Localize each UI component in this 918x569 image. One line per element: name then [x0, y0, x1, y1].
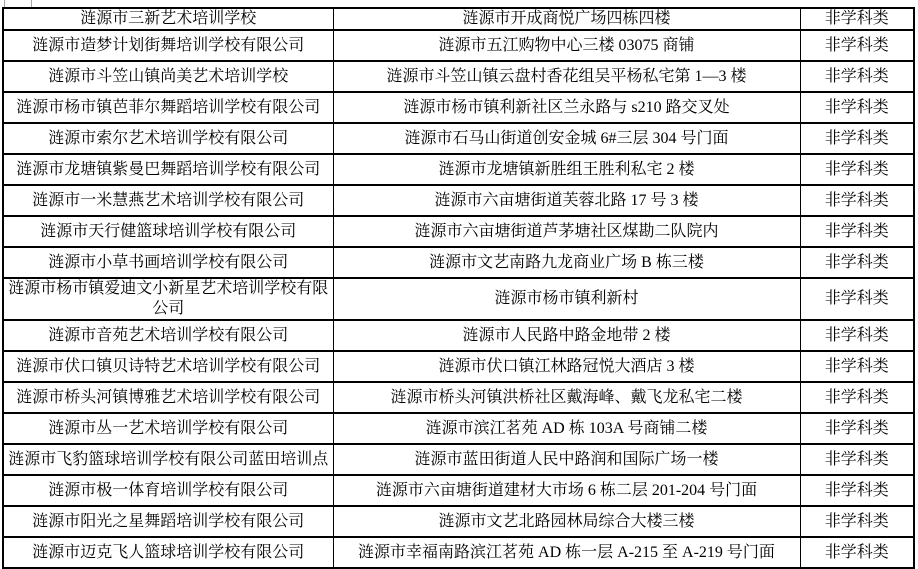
school-cell: 涟源市造梦计划街舞培训学校有限公司 — [3, 30, 333, 61]
category-cell: 非学科类 — [800, 61, 914, 92]
address-cell: 涟源市六亩塘街道芦茅塘社区煤勘二队院内 — [333, 216, 800, 247]
category-cell: 非学科类 — [800, 8, 914, 30]
school-cell: 涟源市三新艺术培训学校 — [3, 8, 333, 30]
school-cell: 涟源市阳光之星舞蹈培训学校有限公司 — [3, 506, 333, 537]
school-cell: 涟源市杨市镇爱迪文小新星艺术培训学校有限公司 — [3, 278, 333, 320]
address-cell: 涟源市龙塘镇新胜组王胜利私宅 2 楼 — [333, 154, 800, 185]
address-cell: 涟源市文艺南路九龙商业广场 B 栋三楼 — [333, 247, 800, 278]
category-cell: 非学科类 — [800, 92, 914, 123]
table-row: 涟源市阳光之星舞蹈培训学校有限公司涟源市文艺北路园林局综合大楼三楼非学科类 — [3, 506, 914, 537]
school-cell: 涟源市飞豹篮球培训学校有限公司蓝田培训点 — [3, 444, 333, 475]
address-cell: 涟源市桥头河镇洪桥社区戴海峰、戴飞龙私宅二楼 — [333, 382, 800, 413]
table-row: 涟源市杨市镇芭菲尔舞蹈培训学校有限公司涟源市杨市镇利新社区兰永路与 s210 路… — [3, 92, 914, 123]
category-cell: 非学科类 — [800, 30, 914, 61]
school-cell: 涟源市小草书画培训学校有限公司 — [3, 247, 333, 278]
table-row: 涟源市飞豹篮球培训学校有限公司蓝田培训点涟源市蓝田街道人民中路润和国际广场一楼非… — [3, 444, 914, 475]
category-cell: 非学科类 — [800, 506, 914, 537]
address-cell: 涟源市杨市镇利新村 — [333, 278, 800, 320]
category-cell: 非学科类 — [800, 216, 914, 247]
table-row: 涟源市三新艺术培训学校涟源市开成商悦广场四栋四楼非学科类 — [3, 8, 914, 30]
school-cell: 涟源市天行健篮球培训学校有限公司 — [3, 216, 333, 247]
school-cell: 涟源市龙塘镇紫曼巴舞蹈培训学校有限公司 — [3, 154, 333, 185]
category-cell: 非学科类 — [800, 278, 914, 320]
school-cell: 涟源市桥头河镇博雅艺术培训学校有限公司 — [3, 382, 333, 413]
table-row: 涟源市斗笠山镇尚美艺术培训学校涟源市斗笠山镇云盘村香花组吴平杨私宅第 1—3 楼… — [3, 61, 914, 92]
table-row: 涟源市龙塘镇紫曼巴舞蹈培训学校有限公司涟源市龙塘镇新胜组王胜利私宅 2 楼非学科… — [3, 154, 914, 185]
school-cell: 涟源市迈克飞人篮球培训学校有限公司 — [3, 537, 333, 568]
table-row: 涟源市桥头河镇博雅艺术培训学校有限公司涟源市桥头河镇洪桥社区戴海峰、戴飞龙私宅二… — [3, 382, 914, 413]
school-cell: 涟源市杨市镇芭菲尔舞蹈培训学校有限公司 — [3, 92, 333, 123]
table-row: 涟源市造梦计划街舞培训学校有限公司涟源市五江购物中心三楼 03075 商铺非学科… — [3, 30, 914, 61]
category-cell: 非学科类 — [800, 247, 914, 278]
address-cell: 涟源市滨江茗苑 AD 栋 103A 号商铺二楼 — [333, 413, 800, 444]
category-cell: 非学科类 — [800, 537, 914, 568]
address-cell: 涟源市幸福南路滨江茗苑 AD 栋一层 A-215 至 A-219 号门面 — [333, 537, 800, 568]
category-cell: 非学科类 — [800, 123, 914, 154]
table-row: 涟源市一米慧燕艺术培训学校有限公司涟源市六亩塘街道芙蓉北路 17 号 3 楼非学… — [3, 185, 914, 216]
address-cell: 涟源市开成商悦广场四栋四楼 — [333, 8, 800, 30]
category-cell: 非学科类 — [800, 351, 914, 382]
address-cell: 涟源市五江购物中心三楼 03075 商铺 — [333, 30, 800, 61]
address-cell: 涟源市六亩塘街道建材大市场 6 栋二层 201-204 号门面 — [333, 475, 800, 506]
address-cell: 涟源市人民路中路金地带 2 楼 — [333, 320, 800, 351]
category-cell: 非学科类 — [800, 475, 914, 506]
address-cell: 涟源市文艺北路园林局综合大楼三楼 — [333, 506, 800, 537]
category-cell: 非学科类 — [800, 185, 914, 216]
table-row: 涟源市迈克飞人篮球培训学校有限公司涟源市幸福南路滨江茗苑 AD 栋一层 A-21… — [3, 537, 914, 568]
school-cell: 涟源市索尔艺术培训学校有限公司 — [3, 123, 333, 154]
address-cell: 涟源市伏口镇江林路冠悦大酒店 3 楼 — [333, 351, 800, 382]
table-row: 涟源市极一体育培训学校有限公司涟源市六亩塘街道建材大市场 6 栋二层 201-2… — [3, 475, 914, 506]
table-row: 涟源市伏口镇贝诗特艺术培训学校有限公司涟源市伏口镇江林路冠悦大酒店 3 楼非学科… — [3, 351, 914, 382]
table-row: 涟源市音苑艺术培训学校有限公司涟源市人民路中路金地带 2 楼非学科类 — [3, 320, 914, 351]
school-cell: 涟源市丛一艺术培训学校有限公司 — [3, 413, 333, 444]
school-cell: 涟源市一米慧燕艺术培训学校有限公司 — [3, 185, 333, 216]
category-cell: 非学科类 — [800, 444, 914, 475]
address-cell: 涟源市斗笠山镇云盘村香花组吴平杨私宅第 1—3 楼 — [333, 61, 800, 92]
address-cell: 涟源市杨市镇利新社区兰永路与 s210 路交叉处 — [333, 92, 800, 123]
table-row: 涟源市天行健篮球培训学校有限公司涟源市六亩塘街道芦茅塘社区煤勘二队院内非学科类 — [3, 216, 914, 247]
address-cell: 涟源市石马山街道创安金城 6#三层 304 号门面 — [333, 123, 800, 154]
address-cell: 涟源市蓝田街道人民中路润和国际广场一楼 — [333, 444, 800, 475]
training-schools-table-body: 涟源市三新艺术培训学校涟源市开成商悦广场四栋四楼非学科类涟源市造梦计划街舞培训学… — [3, 8, 914, 568]
category-cell: 非学科类 — [800, 154, 914, 185]
school-cell: 涟源市音苑艺术培训学校有限公司 — [3, 320, 333, 351]
training-schools-table: 涟源市三新艺术培训学校涟源市开成商悦广场四栋四楼非学科类涟源市造梦计划街舞培训学… — [2, 7, 915, 569]
category-cell: 非学科类 — [800, 320, 914, 351]
category-cell: 非学科类 — [800, 382, 914, 413]
school-cell: 涟源市伏口镇贝诗特艺术培训学校有限公司 — [3, 351, 333, 382]
table-row: 涟源市小草书画培训学校有限公司涟源市文艺南路九龙商业广场 B 栋三楼非学科类 — [3, 247, 914, 278]
school-cell: 涟源市极一体育培训学校有限公司 — [3, 475, 333, 506]
school-cell: 涟源市斗笠山镇尚美艺术培训学校 — [3, 61, 333, 92]
table-row: 涟源市索尔艺术培训学校有限公司涟源市石马山街道创安金城 6#三层 304 号门面… — [3, 123, 914, 154]
table-row: 涟源市丛一艺术培训学校有限公司涟源市滨江茗苑 AD 栋 103A 号商铺二楼非学… — [3, 413, 914, 444]
address-cell: 涟源市六亩塘街道芙蓉北路 17 号 3 楼 — [333, 185, 800, 216]
table-row: 涟源市杨市镇爱迪文小新星艺术培训学校有限公司涟源市杨市镇利新村非学科类 — [3, 278, 914, 320]
category-cell: 非学科类 — [800, 413, 914, 444]
